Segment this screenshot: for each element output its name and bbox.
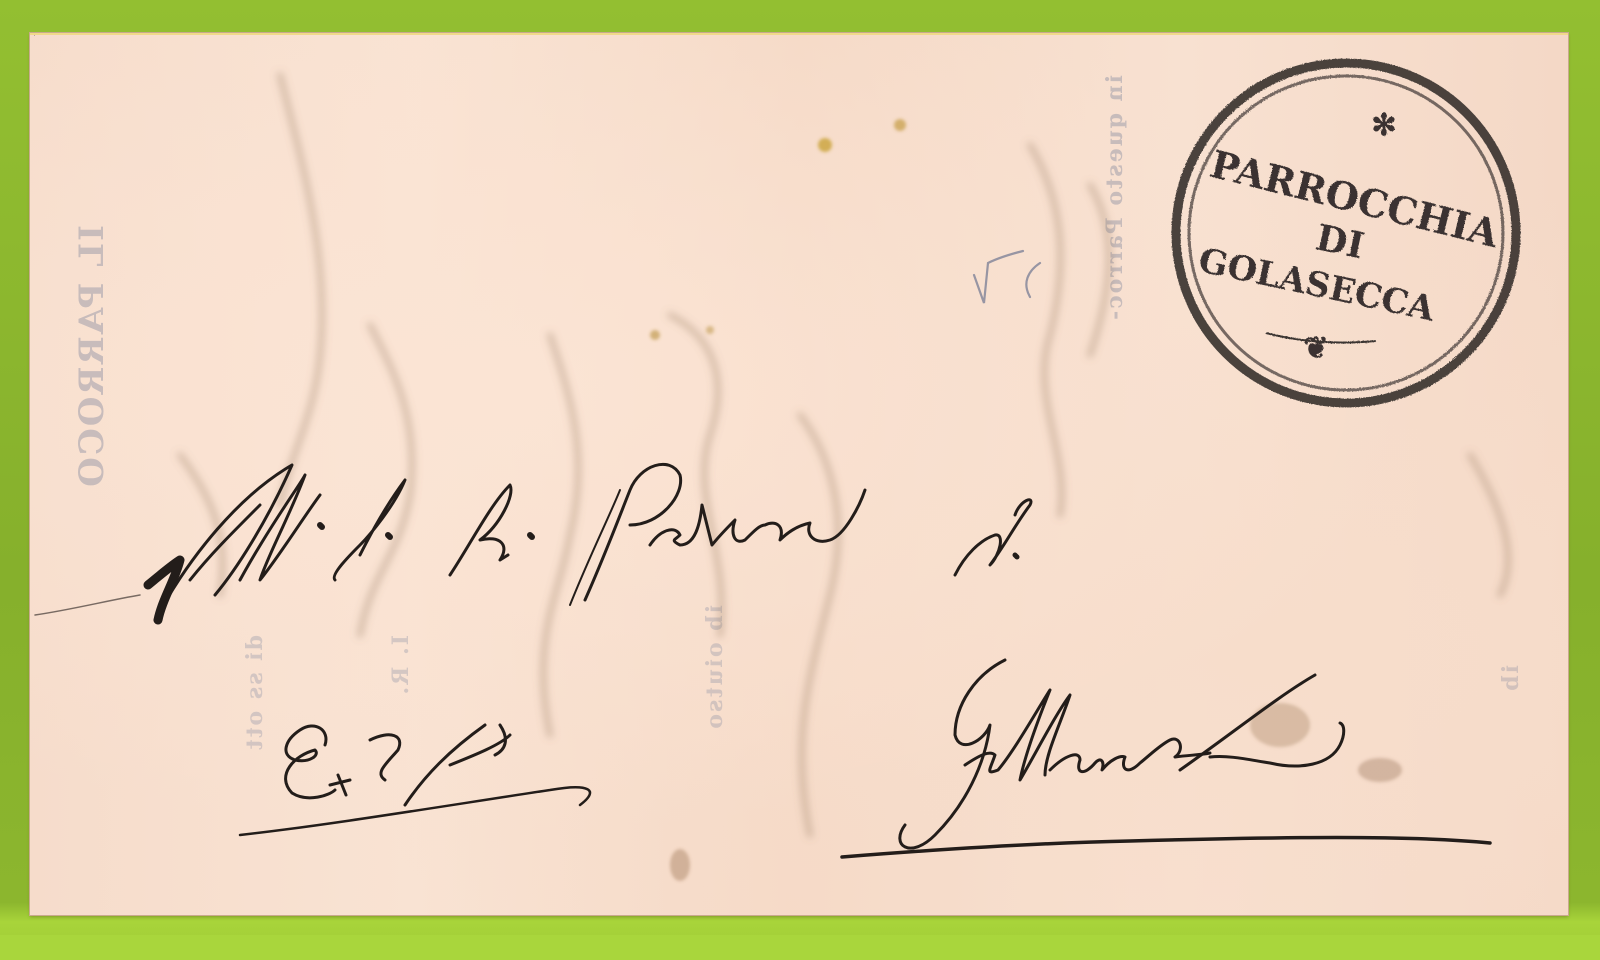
address-line-1-script [35,464,1031,620]
postmark-ornament-bottom: ❦ [1303,331,1328,366]
postmark-line2: DI [1312,216,1368,267]
postmark-ornament-top: ✻ [1371,108,1396,143]
address-city-text: Gallarate [30,35,105,39]
parish-postmark: ✻ PARROCCHIA DI GOLASECCA ❦ [1176,63,1516,403]
address-city-script [842,660,1490,857]
letter-cover: IL PARROCO in questo Parroc- di ss ott i… [30,33,1568,915]
scan-background: IL PARROCO in questo Parroc- di ss ott i… [0,0,1600,960]
background-strip [0,935,1600,960]
pencil-mark [974,251,1040,303]
note-script [240,725,590,835]
letter-artwork: √5 ✻ PARROCCHIA DI GOLASECCA ❦ [30,35,1568,915]
